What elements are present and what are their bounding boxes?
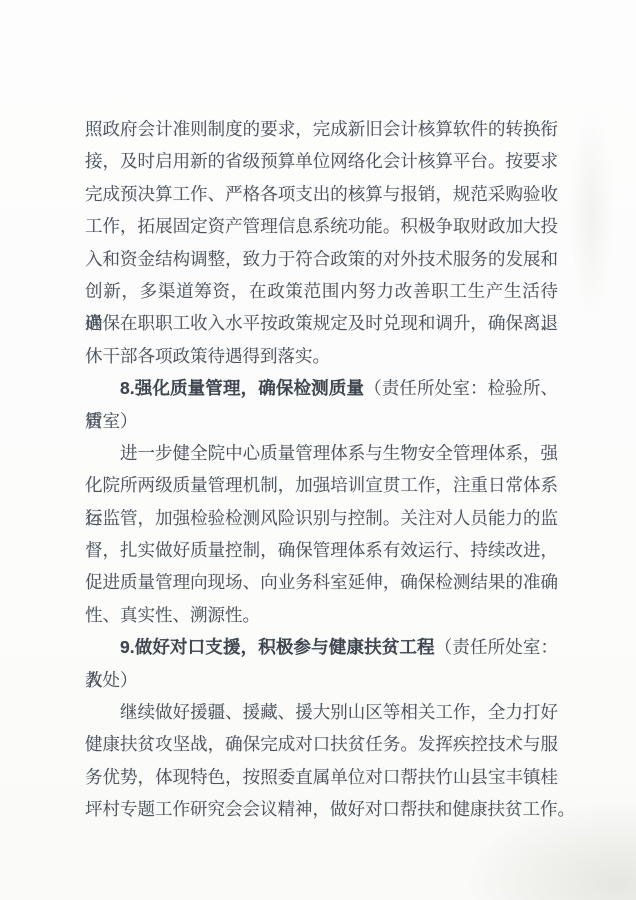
section-heading: 8.强化质量管理，确保检测质量（责任所处室：检验所、质管室） [85, 372, 558, 437]
text-line: 接，及时启用新的省级预算单位网络化会计核算平台。按要求 [85, 145, 558, 177]
document-body: 照政府会计准则制度的要求，完成新旧会计核算软件的转换衔接，及时启用新的省级预算单… [85, 113, 558, 826]
text-line: 督，扎实做好质量控制，确保管理体系有效运行、持续改进， [85, 534, 558, 566]
body-text: 促进质量管理向现场、向业务科室延伸，确保检测结果的准确 [85, 572, 558, 592]
text-line: 创新，多渠道筹资，在政策范围内努力改善职工生产生活待遇、 [85, 275, 558, 307]
scanned-document-page: 照政府会计准则制度的要求，完成新旧会计核算软件的转换衔接，及时启用新的省级预算单… [0, 0, 636, 900]
text-line: 教处） [85, 664, 558, 696]
text-line: 务优势，体现特色，按照委直属单位对口帮扶竹山县宝丰镇桂 [85, 761, 558, 793]
text-line: 9.做好对口支援，积极参与健康扶贫工程（责任所处室：人 [85, 631, 558, 663]
body-text: 继续做好援疆、援藏、援大别山区等相关工作，全力打好 [120, 702, 558, 722]
body-text: 工作，拓展固定资产管理信息系统功能。积极争取财政加大投 [85, 216, 558, 236]
body-text: 督，扎实做好质量控制，确保管理体系有效运行、持续改进， [85, 540, 558, 560]
text-line: 休干部各项政策待遇得到落实。 [85, 340, 558, 372]
text-line: 进一步健全院中心质量管理体系与生物安全管理体系，强 [85, 437, 558, 469]
body-text: 务优势，体现特色，按照委直属单位对口帮扶竹山县宝丰镇桂 [85, 767, 558, 787]
body-text: 坪村专题工作研究会会议精神，做好对口帮扶和健康扶贫工作。 [85, 799, 575, 819]
text-line: 健康扶贫攻坚战，确保完成对口扶贫任务。发挥疾控技术与服 [85, 728, 558, 760]
section-heading: 9.做好对口支援，积极参与健康扶贫工程（责任所处室：人教处） [85, 631, 558, 696]
body-text: 性、真实性、溯源性。 [85, 605, 260, 625]
heading-text: 8.强化质量管理，确保检测质量 [120, 378, 364, 398]
text-line: 工作，拓展固定资产管理信息系统功能。积极争取财政加大投 [85, 210, 558, 242]
text-line: 坪村专题工作研究会会议精神，做好对口帮扶和健康扶贫工作。 [85, 793, 558, 825]
text-line: 入和资金结构调整，致力于符合政策的对外技术服务的发展和 [85, 243, 558, 275]
body-text: 确保在职职工收入水平按政策规定及时兑现和调升，确保离退 [85, 313, 558, 333]
text-line: 确保在职职工收入水平按政策规定及时兑现和调升，确保离退 [85, 307, 558, 339]
text-line: 继续做好援疆、援藏、援大别山区等相关工作，全力打好 [85, 696, 558, 728]
heading-text: 9.做好对口支援，积极参与健康扶贫工程 [120, 637, 435, 657]
text-line: 照政府会计准则制度的要求，完成新旧会计核算软件的转换衔 [85, 113, 558, 145]
body-text: 照政府会计准则制度的要求，完成新旧会计核算软件的转换衔 [85, 119, 558, 139]
body-text: 行监管，加强检验检测风险识别与控制。关注对人员能力的监 [85, 508, 558, 528]
body-text: 教处） [85, 670, 138, 690]
body-text: 完成预决算工作、严格各项支出的核算与报销，规范采购验收 [85, 184, 558, 204]
text-line: 性、真实性、溯源性。 [85, 599, 558, 631]
body-text: 进一步健全院中心质量管理体系与生物安全管理体系，强 [120, 443, 558, 463]
text-line: 化院所两级质量管理机制，加强培训宣贯工作，注重日常体系运 [85, 469, 558, 501]
text-line: 行监管，加强检验检测风险识别与控制。关注对人员能力的监 [85, 502, 558, 534]
text-line: 完成预决算工作、严格各项支出的核算与报销，规范采购验收 [85, 178, 558, 210]
text-line: 8.强化质量管理，确保检测质量（责任所处室：检验所、质 [85, 372, 558, 404]
text-line: 促进质量管理向现场、向业务科室延伸，确保检测结果的准确 [85, 566, 558, 598]
paragraph: 进一步健全院中心质量管理体系与生物安全管理体系，强化院所两级质量管理机制，加强培… [85, 437, 558, 631]
paragraph: 照政府会计准则制度的要求，完成新旧会计核算软件的转换衔接，及时启用新的省级预算单… [85, 113, 558, 372]
body-text: 接，及时启用新的省级预算单位网络化会计核算平台。按要求 [85, 151, 558, 171]
paragraph: 继续做好援疆、援藏、援大别山区等相关工作，全力打好健康扶贫攻坚战，确保完成对口扶… [85, 696, 558, 826]
body-text: 入和资金结构调整，致力于符合政策的对外技术服务的发展和 [85, 249, 558, 269]
text-line: 管室） [85, 405, 558, 437]
body-text: 健康扶贫攻坚战，确保完成对口扶贫任务。发挥疾控技术与服 [85, 734, 558, 754]
body-text: 休干部各项政策待遇得到落实。 [85, 346, 330, 366]
body-text: 管室） [85, 411, 138, 431]
